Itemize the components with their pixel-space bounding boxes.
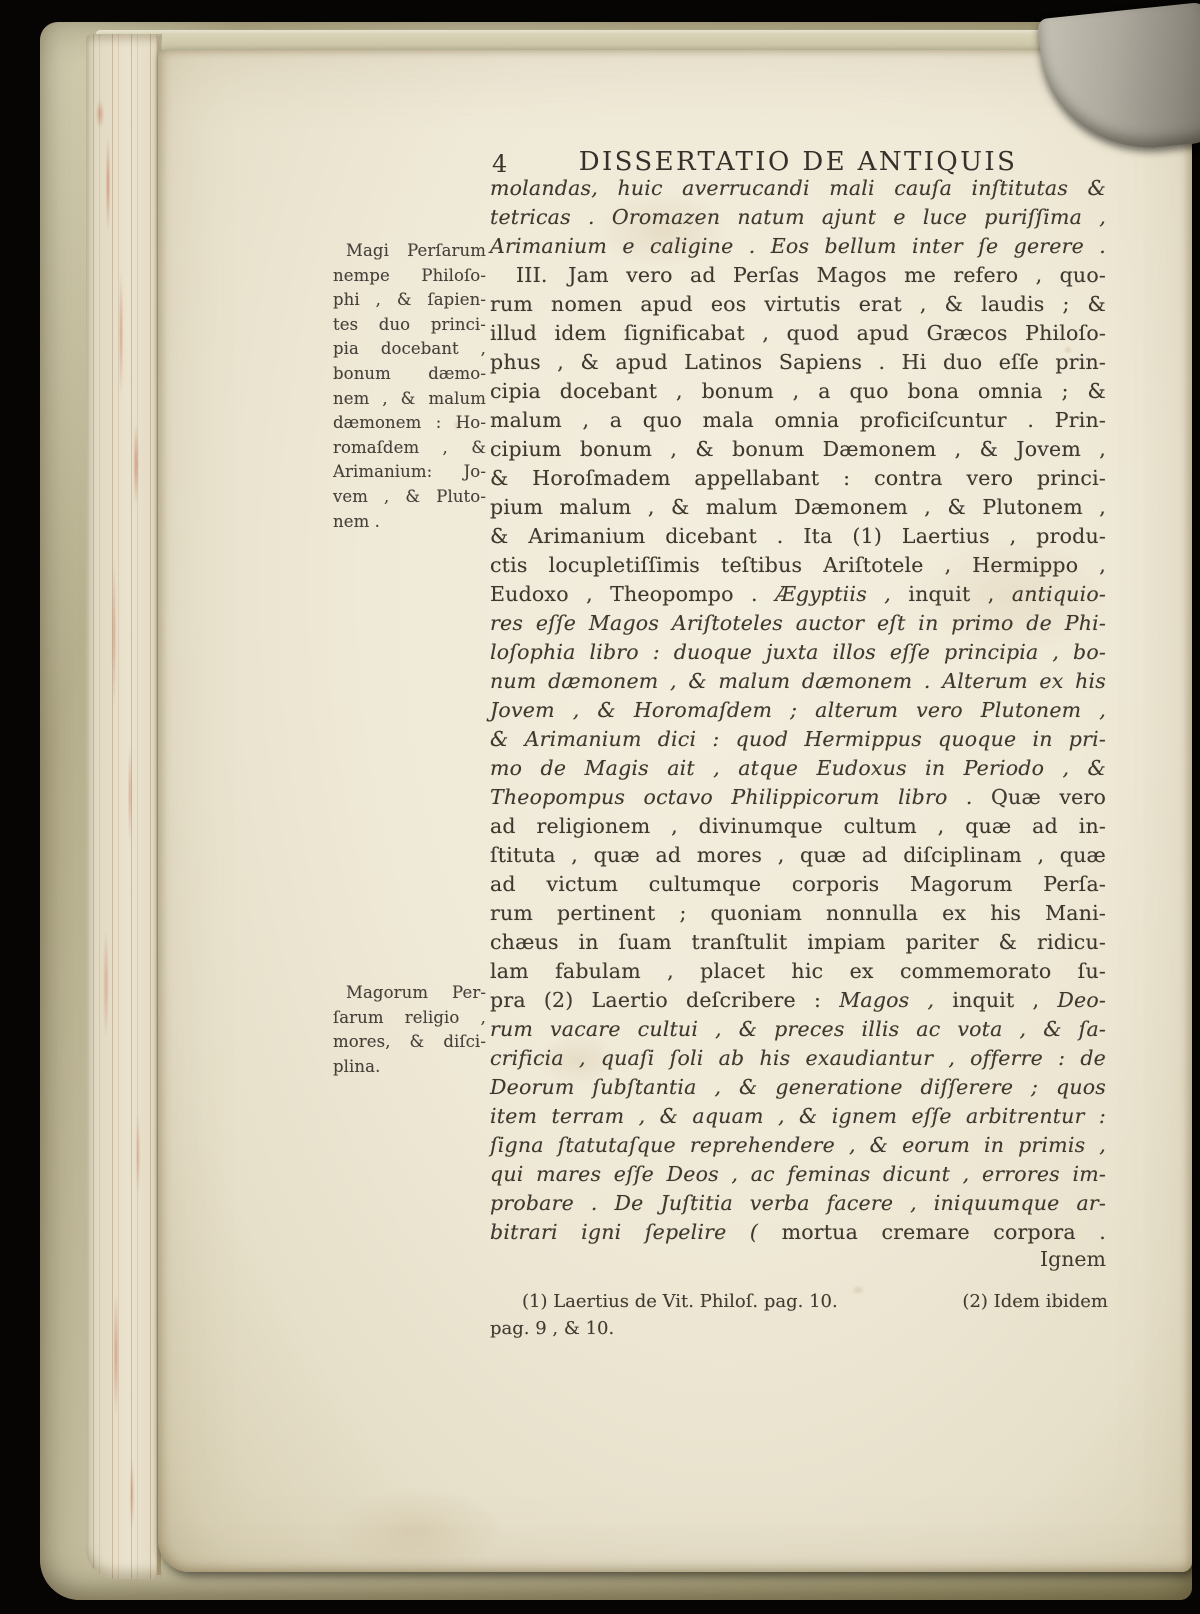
catchword: Ignem	[490, 1247, 1106, 1271]
italic-run: & Arimanium dici : quod Hermippus quoque…	[490, 727, 1106, 751]
body-line: phus , & apud Latinos Sapiens . Hi duo e…	[490, 348, 1106, 377]
body-line: num dæmonem , & malum dæmonem . Alterum …	[490, 667, 1106, 696]
body-text: molandas, huic averrucandi mali cauſa in…	[490, 174, 1106, 1247]
roman-run: malum , a quo mala omnia proficiſcuntur …	[490, 408, 1106, 432]
margin-note-line: Magi Perſarum	[333, 239, 486, 264]
margin-note-line: tes duo princi-	[333, 313, 486, 338]
book-photo: { "page": { "number": "4", "running_titl…	[0, 0, 1200, 1614]
body-line: Deorum ſubſtantia , & generatione diſſer…	[490, 1073, 1106, 1102]
italic-run: tetricas . Oromazen natum ajunt e luce p…	[490, 205, 1106, 229]
roman-run: pra (2) Laertio deſcribere :	[490, 988, 839, 1012]
body-line: ſtituta , quæ ad mores , quæ ad diſcipli…	[490, 841, 1106, 870]
roman-run: pium malum , & malum Dæmonem , & Plutone…	[490, 495, 1106, 519]
body-line: qui mares eſſe Deos , ac feminas dicunt …	[490, 1160, 1106, 1189]
roman-run: Quæ vero	[991, 785, 1106, 809]
italic-run: Deorum ſubſtantia , & generatione diſſer…	[490, 1075, 1106, 1099]
footnote-2: (2) Idem ibidem	[962, 1288, 1108, 1315]
body-line: pra (2) Laertio deſcribere : Magos , inq…	[490, 986, 1106, 1015]
red-sprinkled-edges	[86, 34, 162, 1579]
footnote-line-2: pag. 9 , & 10.	[490, 1315, 1108, 1342]
roman-run: Eudoxo , Theopompo .	[490, 582, 775, 606]
margin-note-line: nem , & malum	[333, 387, 486, 412]
margin-note-line: romaſdem , &	[333, 436, 486, 461]
body-line: molandas, huic averrucandi mali cauſa in…	[490, 174, 1106, 203]
roman-run: ſtituta , quæ ad mores , quæ ad diſcipli…	[490, 843, 1106, 867]
body-line: tetricas . Oromazen natum ajunt e luce p…	[490, 203, 1106, 232]
body-line: Theopompus octavo Philippicorum libro . …	[490, 783, 1106, 812]
running-title: DISSERTATIO DE ANTIQUIS	[490, 147, 1106, 177]
margin-note-line: bonum dæmo-	[333, 362, 486, 387]
body-line: & Arimanium dici : quod Hermippus quoque…	[490, 725, 1106, 754]
body-line: item terram , & aquam , & ignem eſſe arb…	[490, 1102, 1106, 1131]
margin-note-2: Magorum Per-ſarum religio ,mores, & diſc…	[333, 981, 486, 1079]
roman-run: phus , & apud Latinos Sapiens . Hi duo e…	[490, 350, 1106, 374]
body-line: rum pertinent ; quoniam nonnulla ex his …	[490, 899, 1106, 928]
margin-note-line: vem , & Pluto-	[333, 485, 486, 510]
body-line: mo de Magis ait , atque Eudoxus in Perio…	[490, 754, 1106, 783]
italic-run: crificia , quaſi ſoli ab his exaudiantur…	[490, 1046, 1106, 1070]
margin-note-1: Magi Perſarumnempe Philoſo-phi , & ſapie…	[333, 239, 486, 534]
roman-run: inquit ,	[908, 582, 1012, 606]
body-line: III. Jam vero ad Perſas Magos me refero …	[490, 261, 1106, 290]
roman-run: III. Jam vero ad Perſas Magos me refero …	[516, 263, 1106, 287]
italic-run: Magos ,	[839, 988, 952, 1012]
italic-run: Theopompus octavo Philippicorum libro .	[490, 785, 991, 809]
body-line: chæus in ſuam tranſtulit impiam pariter …	[490, 928, 1106, 957]
footnotes: (1) Laertius de Vit. Philoſ. pag. 10. (2…	[490, 1288, 1108, 1342]
roman-run: & Horoſmadem appellabant : contra vero p…	[490, 466, 1106, 490]
italic-run: loſophia libro : duoque juxta illos eſſe…	[490, 640, 1106, 664]
body-line: ad victum cultumque corporis Magorum Per…	[490, 870, 1106, 899]
margin-note-line: dæmonem : Ho-	[333, 411, 486, 436]
body-line: Jovem , & Horomaſdem ; alterum vero Plut…	[490, 696, 1106, 725]
body-line: probare . De Juſtitia verba facere , ini…	[490, 1189, 1106, 1218]
margin-note-line: mores, & diſci-	[333, 1030, 486, 1055]
margin-note-line: nempe Philoſo-	[333, 264, 486, 289]
margin-note-line: Arimanium: Jo-	[333, 460, 486, 485]
body-line: ſigna ſtatutaſque reprehendere , & eorum…	[490, 1131, 1106, 1160]
roman-run: chæus in ſuam tranſtulit impiam pariter …	[490, 930, 1106, 954]
italic-run: num dæmonem , & malum dæmonem . Alterum …	[490, 669, 1106, 693]
body-line: rum nomen apud eos virtutis erat , & lau…	[490, 290, 1106, 319]
italic-run: molandas, huic averrucandi mali cauſa in…	[490, 176, 1106, 200]
body-line: ctis locupletiſſimis teſtibus Ariſtotele…	[490, 551, 1106, 580]
italic-run: rum vacare cultui , & preces illis ac vo…	[490, 1017, 1106, 1041]
body-line: Arimanium e caligine . Eos bellum inter …	[490, 232, 1106, 261]
body-line: res eſſe Magos Ariſtoteles auctor eſt in…	[490, 609, 1106, 638]
body-line: rum vacare cultui , & preces illis ac vo…	[490, 1015, 1106, 1044]
page-edge-stack	[86, 34, 162, 1579]
body-line: bitrari igni ſepelire ( mortua cremare c…	[490, 1218, 1106, 1247]
italic-run: bitrari igni ſepelire (	[490, 1220, 782, 1244]
roman-run: rum nomen apud eos virtutis erat , & lau…	[490, 292, 1106, 316]
margin-note-line: Magorum Per-	[333, 981, 486, 1006]
body-line: lam fabulam , placet hic ex commemorato …	[490, 957, 1106, 986]
roman-run: ctis locupletiſſimis teſtibus Ariſtotele…	[490, 553, 1106, 577]
margin-note-line: phi , & ſapien-	[333, 288, 486, 313]
roman-run: mortua cremare corpora .	[782, 1220, 1106, 1244]
body-line: cipia docebant , bonum , a quo bona omni…	[490, 377, 1106, 406]
italic-run: Arimanium e caligine . Eos bellum inter …	[490, 234, 1106, 258]
body-line: & Horoſmadem appellabant : contra vero p…	[490, 464, 1106, 493]
body-line: & Arimanium dicebant . Ita (1) Laertius …	[490, 522, 1106, 551]
italic-run: mo de Magis ait , atque Eudoxus in Perio…	[490, 756, 1106, 780]
footnote-1: (1) Laertius de Vit. Philoſ. pag. 10.	[522, 1288, 838, 1315]
body-line: malum , a quo mala omnia proficiſcuntur …	[490, 406, 1106, 435]
italic-run: res eſſe Magos Ariſtoteles auctor eſt in…	[490, 611, 1106, 635]
footnote-line-1: (1) Laertius de Vit. Philoſ. pag. 10. (2…	[490, 1288, 1108, 1315]
roman-run: inquit ,	[952, 988, 1057, 1012]
roman-run: lam fabulam , placet hic ex commemorato …	[490, 959, 1106, 983]
italic-run: Deo-	[1057, 988, 1106, 1012]
roman-run: ad victum cultumque corporis Magorum Per…	[490, 872, 1106, 896]
roman-run: ad religionem , divinumque cultum , quæ …	[490, 814, 1106, 838]
margin-note-line: plina.	[333, 1055, 486, 1080]
roman-run: illud idem ſignificabat , quod apud Græc…	[490, 321, 1106, 345]
body-line: ad religionem , divinumque cultum , quæ …	[490, 812, 1106, 841]
margin-note-line: pia docebant ,	[333, 337, 486, 362]
margin-note-line: nem .	[333, 510, 486, 535]
margin-note-line: ſarum religio ,	[333, 1006, 486, 1031]
body-line: cipium bonum , & bonum Dæmonem , & Jovem…	[490, 435, 1106, 464]
italic-run: Ægyptiis ,	[775, 582, 908, 606]
body-line: pium malum , & malum Dæmonem , & Plutone…	[490, 493, 1106, 522]
roman-run: cipium bonum , & bonum Dæmonem , & Jovem…	[490, 437, 1106, 461]
roman-run: cipia docebant , bonum , a quo bona omni…	[490, 379, 1106, 403]
italic-run: qui mares eſſe Deos , ac feminas dicunt …	[490, 1162, 1106, 1186]
body-line: loſophia libro : duoque juxta illos eſſe…	[490, 638, 1106, 667]
roman-run: rum pertinent ; quoniam nonnulla ex his …	[490, 901, 1106, 925]
body-line: crificia , quaſi ſoli ab his exaudiantur…	[490, 1044, 1106, 1073]
italic-run: antiquio-	[1012, 582, 1106, 606]
italic-run: Jovem , & Horomaſdem ; alterum vero Plut…	[490, 698, 1106, 722]
body-line: illud idem ſignificabat , quod apud Græc…	[490, 319, 1106, 348]
italic-run: item terram , & aquam , & ignem eſſe arb…	[490, 1104, 1106, 1128]
italic-run: probare . De Juſtitia verba facere , ini…	[490, 1191, 1106, 1215]
italic-run: ſigna ſtatutaſque reprehendere , & eorum…	[490, 1133, 1106, 1157]
roman-run: & Arimanium dicebant . Ita (1) Laertius …	[490, 524, 1106, 548]
body-line: Eudoxo , Theopompo . Ægyptiis , inquit ,…	[490, 580, 1106, 609]
